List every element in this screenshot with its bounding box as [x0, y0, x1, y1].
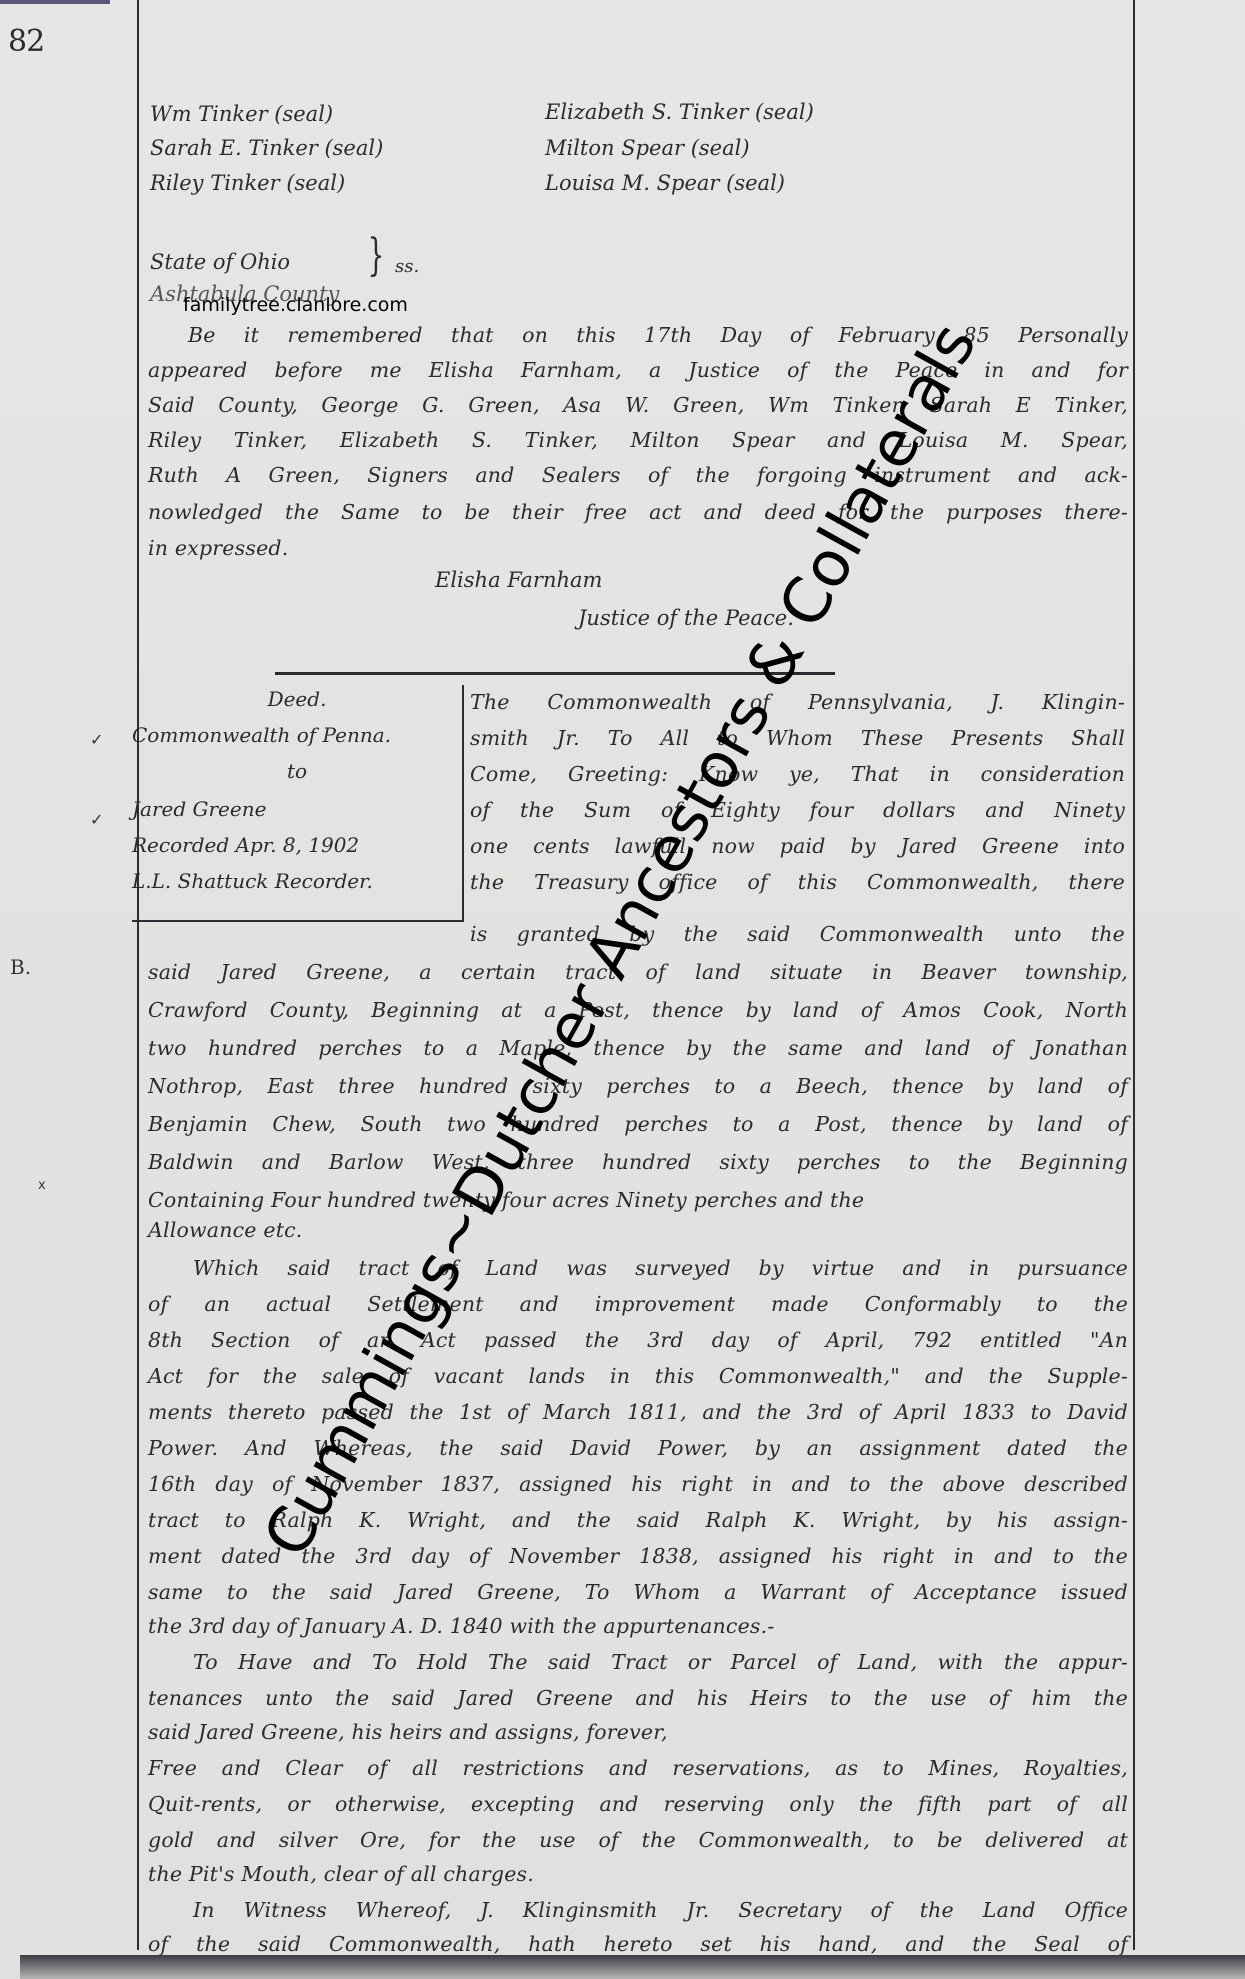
text-line: in expressed.: [148, 536, 1128, 560]
venue-ss: ss.: [395, 258, 419, 276]
text-line: Containing Four hundred twenty four acre…: [148, 1188, 1048, 1212]
text-line: of an actual Settlement and improvement …: [148, 1292, 1128, 1316]
text-line: Allowance etc.: [148, 1218, 1128, 1242]
text-line: In Witness Whereof, J. Klinginsmith Jr. …: [148, 1898, 1128, 1922]
text-line: Riley Tinker, Elizabeth S. Tinker, Milto…: [148, 428, 1128, 452]
deed-recorder: L.L. Shattuck Recorder.: [132, 869, 462, 893]
text-line: Benjamin Chew, South two hundred perches…: [148, 1112, 1128, 1136]
deed-type: Deed.: [132, 687, 462, 711]
page-number: 82: [8, 24, 44, 59]
signature: Milton Spear (seal): [545, 138, 750, 159]
text-line: of the Sum of Eighty four dollars and Ni…: [470, 798, 1125, 822]
signature: Sarah E. Tinker (seal): [150, 138, 383, 159]
signature: Wm Tinker (seal): [150, 104, 333, 125]
text-line: Crawford County, Beginning at a Post, th…: [148, 998, 1128, 1022]
text-line: same to the said Jared Greene, To Whom a…: [148, 1580, 1128, 1604]
text-line: of the said Commonwealth, hath hereto se…: [148, 1932, 1128, 1956]
text-line: is granted by the said Commonwealth unto…: [470, 922, 1125, 946]
brace-symbol: }: [368, 230, 385, 281]
text-line: Said County, George G. Green, Asa W. Gre…: [148, 393, 1128, 417]
text-line: smith Jr. To All to Whom These Presents …: [470, 726, 1125, 750]
venue-state: State of Ohio: [150, 252, 290, 273]
signature: Riley Tinker (seal): [150, 173, 345, 194]
left-margin-rule: [137, 0, 139, 1950]
check-mark-icon: ✓: [90, 730, 103, 749]
right-margin-rule: [1133, 0, 1135, 1950]
justice-signature: Elisha Farnham: [435, 570, 602, 591]
watermark-url: familytree.clanlore.com: [183, 294, 408, 316]
text-line: gold and silver Ore, for the use of the …: [148, 1828, 1128, 1852]
margin-note-b: B.: [10, 955, 31, 979]
text-line: the Treasury office of this Commonwealth…: [470, 870, 1125, 894]
text-line: 8th Section of an Act passed the 3rd day…: [148, 1328, 1128, 1352]
text-line: Ruth A Green, Signers and Sealers of the…: [148, 463, 1128, 487]
text-line: nowledged the Same to be their free act …: [148, 500, 1128, 524]
deed-grantee: Jared Greene: [132, 797, 462, 821]
signature: Louisa M. Spear (seal): [545, 173, 785, 194]
text-line: ments thereto passed the 1st of March 18…: [148, 1400, 1128, 1424]
text-line: the Pit's Mouth, clear of all charges.: [148, 1862, 1128, 1886]
text-line: two hundred perches to a Maple, thence b…: [148, 1036, 1128, 1060]
margin-note-x: x: [38, 1178, 46, 1193]
text-line: Quit-rents, or otherwise, excepting and …: [148, 1792, 1128, 1816]
signature: Elizabeth S. Tinker (seal): [545, 102, 814, 123]
document-page: 82 Wm Tinker (seal) Sarah E. Tinker (sea…: [0, 0, 1245, 1979]
text-line: Nothrop, East three hundred sixty perche…: [148, 1074, 1128, 1098]
text-line: tenances unto the said Jared Greene and …: [148, 1686, 1128, 1710]
text-line: Free and Clear of all restrictions and r…: [148, 1756, 1128, 1780]
text-line: Which said tract of Land was surveyed by…: [148, 1256, 1128, 1280]
deed-caption-box: Deed. Commonwealth of Penna. to Jared Gr…: [132, 685, 464, 922]
text-line: To Have and To Hold The said Tract or Pa…: [148, 1650, 1128, 1674]
text-line: Baldwin and Barlow West, three hundred s…: [148, 1150, 1128, 1174]
text-line: Come, Greeting: Know ye, That in conside…: [470, 762, 1125, 786]
text-line: one cents lawfull now paid by Jared Gree…: [470, 834, 1125, 858]
deed-recorded-date: Recorded Apr. 8, 1902: [132, 833, 462, 857]
text-line: the 3rd day of January A. D. 1840 with t…: [148, 1614, 1128, 1638]
deed-grantor: Commonwealth of Penna.: [132, 723, 462, 747]
text-line: said Jared Greene, his heirs and assigns…: [148, 1720, 1128, 1744]
deed-connector: to: [132, 759, 462, 783]
check-mark-icon: ✓: [90, 810, 103, 829]
text-line: Act for the sale of vacant lands in this…: [148, 1364, 1128, 1388]
page-bottom-edge: [20, 1955, 1245, 1979]
top-edge-strip: [0, 0, 110, 4]
